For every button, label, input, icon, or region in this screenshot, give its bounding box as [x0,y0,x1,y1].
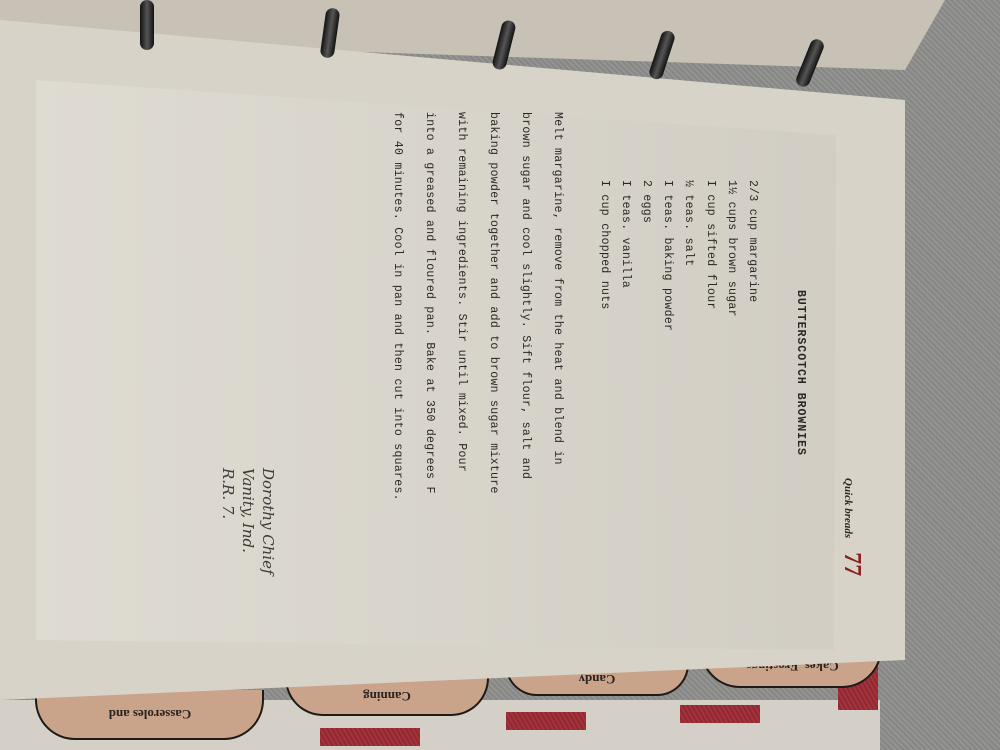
ingredient: I cup sifted flour [699,180,720,331]
tab-label: Canning [363,688,411,704]
ingredient: ½ teas. salt [678,180,699,331]
recipe-text: BUTTERSCOTCH BROWNIES 2/3 cup margarine … [365,112,805,652]
recipe-title: BUTTERSCOTCH BROWNIES [790,290,811,456]
tab-casseroles[interactable]: Casseroles and [35,690,264,740]
page-number: 77 [839,552,865,576]
page-header: Quick breads 77 [838,478,865,576]
red-stripe [506,712,586,730]
ingredient: 2/3 cup margarine [742,180,763,331]
direction-line: with remaining ingredients. Stir until m… [445,112,477,501]
ingredient: 2 eggs [636,180,657,331]
ingredient-list: 2/3 cup margarine 1½ cups brown sugar I … [593,180,763,331]
ingredient: 1½ cups brown sugar [721,180,742,331]
direction-line: baking powder together and add to brown … [477,112,509,501]
directions: Melt margarine, remove from the heat and… [381,112,573,501]
direction-line: Melt margarine, remove from the heat and… [541,112,573,501]
red-stripe [320,728,420,746]
direction-line: for 40 minutes. Cool in pan and then cut… [381,112,413,501]
section-name: Quick breads [842,478,854,538]
ingredient: I teas. baking powder [657,180,678,331]
binder-ring [140,0,154,50]
ingredient: I cup chopped nuts [593,180,614,331]
handwritten-signature: Dorothy Chief Vanity, Ind. R.R. 7. [218,468,278,575]
red-stripe [680,705,760,723]
ingredient: I teas. vanilla [615,180,636,331]
tab-label: Casseroles and [108,706,190,722]
direction-line: brown sugar and cool slightly. Sift flou… [509,112,541,501]
direction-line: into a greased and floured pan. Bake at … [413,112,445,501]
